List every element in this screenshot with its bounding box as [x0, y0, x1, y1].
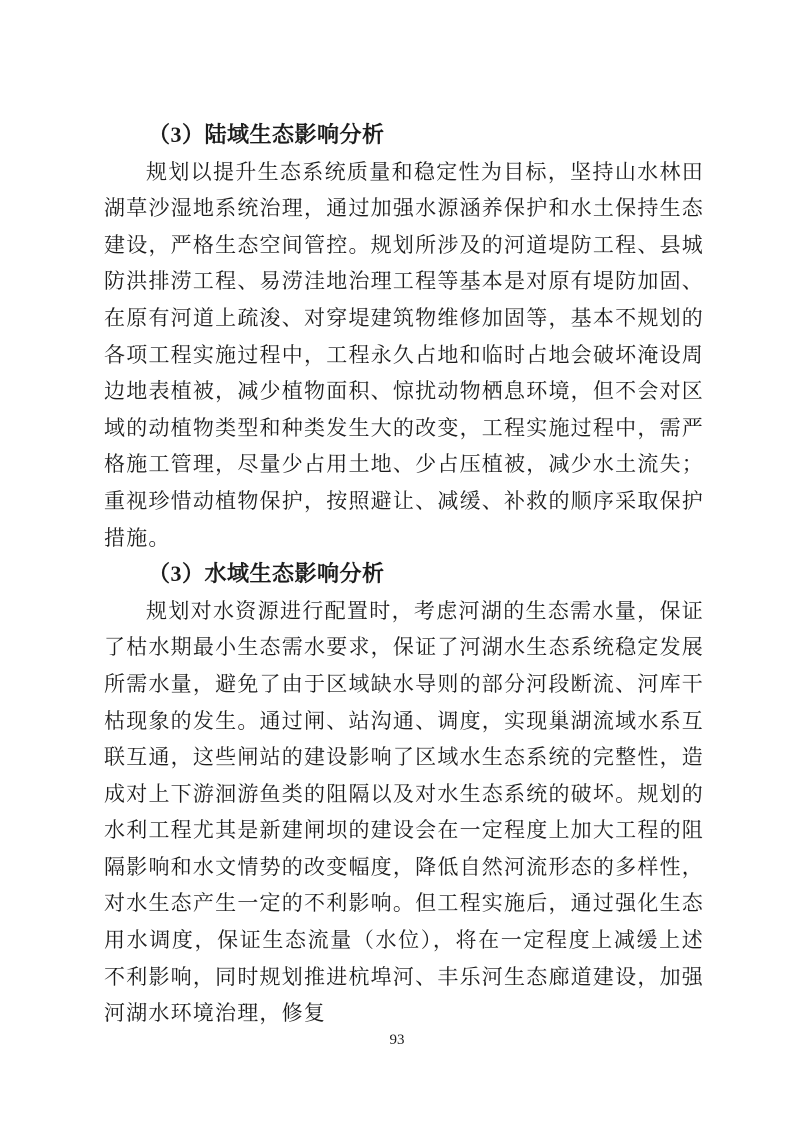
section-heading-terrestrial-ecology: （3）陆域生态影响分析 — [104, 117, 704, 154]
section-heading-aquatic-ecology: （3）水域生态影响分析 — [104, 556, 704, 593]
paragraph-terrestrial-ecology: 规划以提升生态系统质量和稳定性为目标，坚持山水林田湖草沙湿地系统治理，通过加强水… — [104, 154, 704, 557]
page-number: 93 — [0, 1030, 794, 1050]
paragraph-aquatic-ecology: 规划对水资源进行配置时，考虑河湖的生态需水量，保证了枯水期最小生态需水要求，保证… — [104, 593, 704, 1032]
document-page: （3）陆域生态影响分析 规划以提升生态系统质量和稳定性为目标，坚持山水林田湖草沙… — [0, 0, 794, 1122]
document-body: （3）陆域生态影响分析 规划以提升生态系统质量和稳定性为目标，坚持山水林田湖草沙… — [104, 117, 704, 1032]
